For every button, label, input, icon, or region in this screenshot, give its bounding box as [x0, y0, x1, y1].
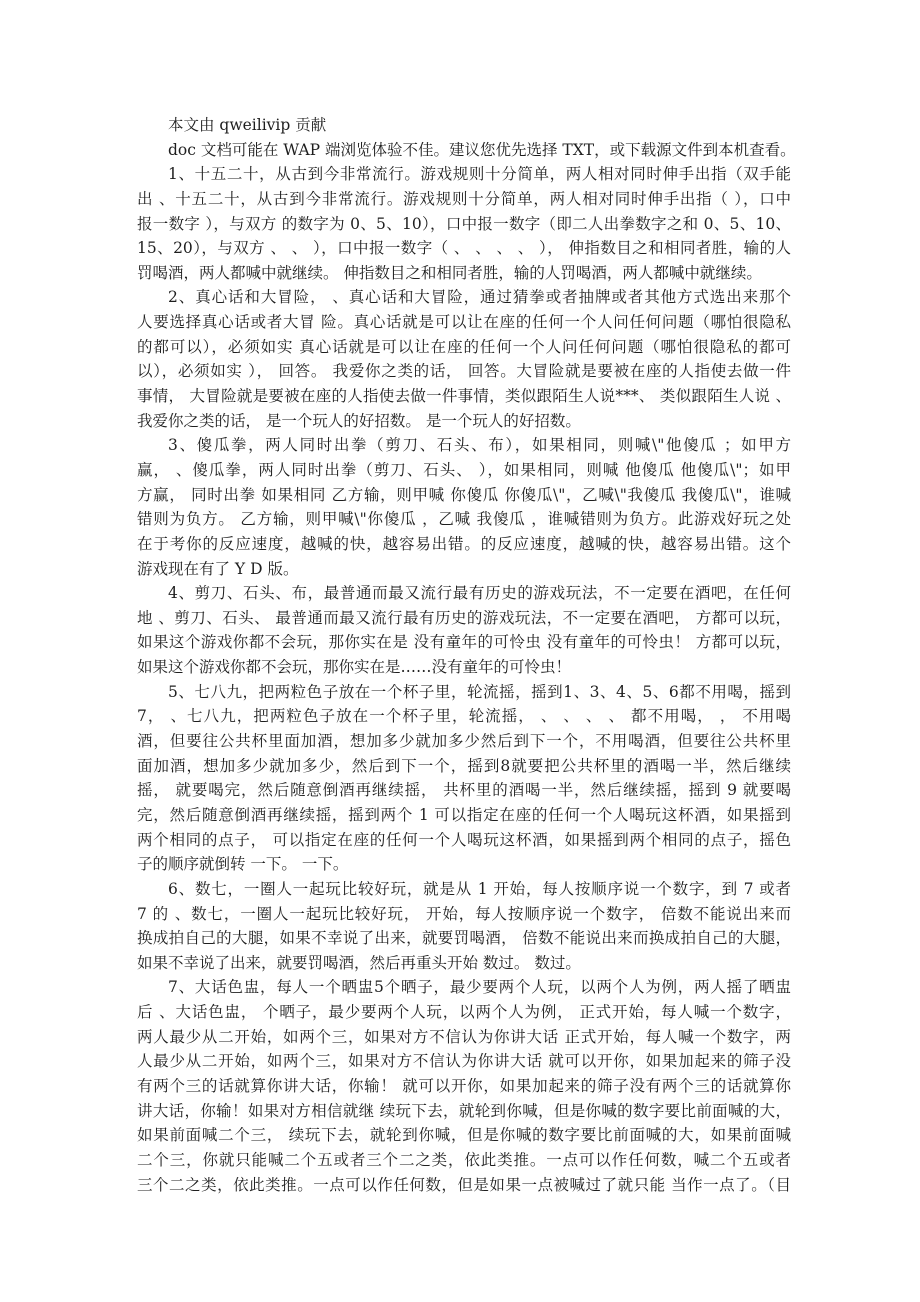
paragraph-first-line: 本文由 qweilivip 贡献 [137, 113, 791, 138]
paragraph-first-line: doc 文档可能在 WAP 端浏览体验不佳。建议您优先选择 TXT，或下载源文件… [137, 138, 791, 163]
text-line: 面加酒，想加多少就加多少，然后到下一个，摇到8就要把公共杯里的酒喝一半，然后继续 [137, 754, 791, 779]
text-line: 三个二之类，依此类推。一点可以作任何数，但是如果一点被喊过了就只能 当作一点了。… [137, 1173, 791, 1198]
text-line: 我爱你之类的话， 是一个玩人的好招数。 是一个玩人的好招数。 [137, 409, 791, 434]
paragraph-first-line: 5、七八九，把两粒色子放在一个杯子里，轮流摇，摇到1、3、4、5、6都不用喝，摇… [137, 680, 791, 705]
text-line: 后 、大话色盅， 个晒子，最少要两个人玩，以两个人为例， 正式开始，每人喊一个数… [137, 1000, 791, 1025]
text-line: 如果这个游戏你都不会玩，那你实在是……没有童年的可怜虫！ [137, 655, 791, 680]
text-line: 有两个三的话就算你讲大话，你输！ 就可以开你，如果加起来的筛子没有两个三的话就算… [137, 1074, 791, 1099]
paragraph-first-line: 3、傻瓜拳，两人同时出拳（剪刀、石头、布），如果相同，则喊\"他傻瓜 ；如甲方 [137, 433, 791, 458]
paragraph-first-line: 2、真心话和大冒险， 、真心话和大冒险，通过猜拳或者抽牌或者其他方式选出来那个 [137, 285, 791, 310]
text-line: 7 的 、数七，一圈人一起玩比较好玩， 开始，每人按顺序说一个数字， 倍数不能说… [137, 902, 791, 927]
text-line: 两个相同的点子， 可以指定在座的任何一个人喝玩这杯酒，如果摇到两个相同的点子，摇… [137, 828, 791, 853]
text-line: 以），必须如实 ）， 回答。 我爱你之类的话， 回答。大冒险就是要被在座的人指使… [137, 359, 791, 384]
paragraph-first-line: 7、大话色盅，每人一个晒盅5个晒子，最少要两个人玩，以两个人为例，两人摇了晒盅 [137, 975, 791, 1000]
text-line: 地 、剪刀、石头、 最普通而最又流行最有历史的游戏玩法，不一定要在酒吧， 方都可… [137, 606, 791, 631]
text-line: 方赢， 同时出拳 如果相同 乙方输，则甲喊 你傻瓜 你傻瓜\"，乙喊\"我傻瓜 … [137, 483, 791, 508]
text-line: 人最少从二开始，如两个三，如果对方不信认为你讲大话 就可以开你，如果加起来的筛子… [137, 1049, 791, 1074]
text-line: 二个三，你就只能喊二个五或者三个二之类，依此类推。一点可以作任何数，喊二个五或者 [137, 1148, 791, 1173]
text-line: 酒，但要往公共杯里面加酒，想加多少就加多少然后到下一个，不用喝酒，但要往公共杯里 [137, 729, 791, 754]
paragraph-first-line: 1、十五二十，从古到今非常流行。游戏规则十分简单，两人相对同时伸手出指（双手能 [137, 162, 791, 187]
text-line: 错则为负方。 乙方输，则甲喊\"你傻瓜 ，乙喊 我傻瓜 ，谁喊错则为负方。此游戏… [137, 507, 791, 532]
text-line: 出 、十五二十，从古到今非常流行。游戏规则十分简单，两人相对同时伸手出指（ ），… [137, 187, 791, 212]
text-line: 子的顺序就倒转 一下。 一下。 [137, 852, 791, 877]
text-line: 完，然后随意倒酒再继续摇，摇到两个 1 可以指定在座的任何一个人喝玩这杯酒，如果… [137, 803, 791, 828]
text-line: 赢， 、傻瓜拳，两人同时出拳（剪刀、石头、 ），如果相同，则喊 他傻瓜 他傻瓜\… [137, 458, 791, 483]
text-line: 事情， 大冒险就是要被在座的人指使去做一件事情，类似跟陌生人说***、 类似跟陌… [137, 384, 791, 409]
text-line: 15、20），与双方 、 、 ），口中报一数字（ 、 、 、 、 ）， 伸指数目… [137, 236, 791, 261]
text-line: 如果前面喊二个三， 续玩下去，就轮到你喊，但是你喊的数字要比前面喊的大，如果前面… [137, 1123, 791, 1148]
text-line: 在于考你的反应速度，越喊的快，越容易出错。的反应速度，越喊的快，越容易出错。这个 [137, 532, 791, 557]
text-line: 两人最少从二开始，如两个三，如果对方不信认为你讲大话 正式开始，每人喊一个数字，… [137, 1025, 791, 1050]
text-line: 摇， 就要喝完，然后随意倒酒再继续摇， 共杯里的酒喝一半，然后继续摇，摇到 9 … [137, 778, 791, 803]
text-line: 人要选择真心话或者大冒 险。真心话就是可以让在座的任何一个人问任何问题（哪怕很隐… [137, 310, 791, 335]
text-line: 的都可以），必须如实 真心话就是可以让在座的任何一个人问任何问题（哪怕很隐私的都… [137, 335, 791, 360]
text-line: 7， 、七八九，把两粒色子放在一个杯子里，轮流摇， 、 、 、 、 都不用喝， … [137, 704, 791, 729]
text-line: 如果不幸说了出来，就要罚喝酒，然后再重头开始 数过。 数过。 [137, 951, 791, 976]
text-line: 换成拍自己的大腿，如果不幸说了出来，就要罚喝酒， 倍数不能说出来而换成拍自己的大… [137, 926, 791, 951]
text-line: 如果这个游戏你都不会玩，那你实在是 没有童年的可怜虫 没有童年的可怜虫！ 方都可… [137, 630, 791, 655]
text-line: 报一数字 ），与双方 的数字为 0、5、10），口中报一数字（即二人出拳数字之和… [137, 212, 791, 237]
text-line: 讲大话，你输！如果对方相信就继 续玩下去，就轮到你喊，但是你喊的数字要比前面喊的… [137, 1099, 791, 1124]
paragraph-first-line: 6、数七，一圈人一起玩比较好玩，就是从 1 开始，每人按顺序说一个数字，到 7 … [137, 877, 791, 902]
document-page: 本文由 qweilivip 贡献doc 文档可能在 WAP 端浏览体验不佳。建议… [137, 113, 791, 1197]
text-line: 罚喝酒，两人都喊中就继续。 伸指数目之和相同者胜，输的人罚喝酒，两人都喊中就继续… [137, 261, 791, 286]
text-line: 游戏现在有了 Y D 版。 [137, 557, 791, 582]
paragraph-first-line: 4、剪刀、石头、布，最普通而最又流行最有历史的游戏玩法，不一定要在酒吧，在任何 [137, 581, 791, 606]
